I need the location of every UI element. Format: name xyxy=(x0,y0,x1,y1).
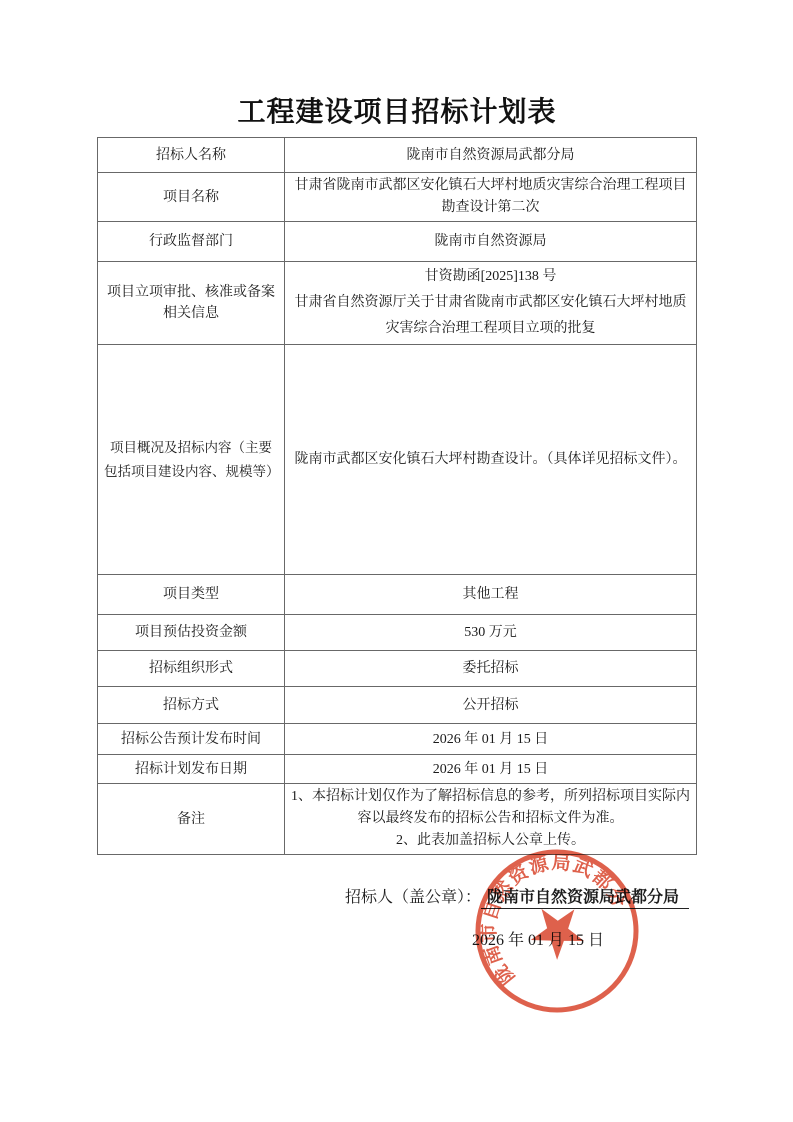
label-line: 包括项目建设内容、规模等） xyxy=(104,460,278,484)
row-label: 招标计划发布日期 xyxy=(98,755,285,784)
official-seal-stamp: 陇南市自然资源局武都分局 xyxy=(472,845,642,1017)
table-row-announcement-date: 招标公告预计发布时间 2026 年 01 月 15 日 xyxy=(98,724,697,755)
value-line: 甘资勘函[2025]138 号 xyxy=(291,264,690,290)
stamp-star-icon xyxy=(520,894,593,966)
row-value: 委托招标 xyxy=(285,651,697,687)
page-title: 工程建设项目招标计划表 xyxy=(97,90,697,130)
table-row-project-type: 项目类型 其他工程 xyxy=(98,575,697,615)
value-line: 1、本招标计划仅作为了解招标信息的参考，所列招标项目实际内 xyxy=(291,786,690,808)
label-line: 相关信息 xyxy=(104,303,278,324)
table-row-plan-publish-date: 招标计划发布日期 2026 年 01 月 15 日 xyxy=(98,755,697,784)
row-value: 530 万元 xyxy=(285,615,697,651)
label-line: 项目立项审批、核准或备案 xyxy=(104,282,278,303)
row-label: 项目类型 xyxy=(98,575,285,615)
tender-plan-table: 招标人名称 陇南市自然资源局武都分局 项目名称 甘肃省陇南市武都区安化镇石大坪村… xyxy=(97,137,697,855)
row-value: 甘肃省陇南市武都区安化镇石大坪村地质灾害综合治理工程项目 勘查设计第二次 xyxy=(285,173,697,222)
table-row-approval-info: 项目立项审批、核准或备案 相关信息 甘资勘函[2025]138 号 甘肃省自然资… xyxy=(98,262,697,345)
table-row-project-name: 项目名称 甘肃省陇南市武都区安化镇石大坪村地质灾害综合治理工程项目 勘查设计第二… xyxy=(98,173,697,222)
table-row-supervision-dept: 行政监督部门 陇南市自然资源局 xyxy=(98,222,697,262)
row-label: 招标方式 xyxy=(98,687,285,724)
value-line: 甘肃省陇南市武都区安化镇石大坪村地质灾害综合治理工程项目 xyxy=(291,175,690,197)
row-label: 项目名称 xyxy=(98,173,285,222)
table-row-remarks: 备注 1、本招标计划仅作为了解招标信息的参考，所列招标项目实际内 容以最终发布的… xyxy=(98,784,697,855)
table-row-project-overview: 项目概况及招标内容（主要 包括项目建设内容、规模等） 陇南市武都区安化镇石大坪村… xyxy=(98,345,697,575)
row-value: 陇南市自然资源局 xyxy=(285,222,697,262)
row-label: 招标公告预计发布时间 xyxy=(98,724,285,755)
table-row-bidding-method: 招标方式 公开招标 xyxy=(98,687,697,724)
row-value: 2026 年 01 月 15 日 xyxy=(285,755,697,784)
table-row-bidder-name: 招标人名称 陇南市自然资源局武都分局 xyxy=(98,138,697,173)
row-label: 行政监督部门 xyxy=(98,222,285,262)
label-line: 项目概况及招标内容（主要 xyxy=(104,436,278,460)
row-value: 陇南市自然资源局武都分局 xyxy=(285,138,697,173)
row-label: 招标人名称 xyxy=(98,138,285,173)
row-value: 其他工程 xyxy=(285,575,697,615)
value-line: 勘查设计第二次 xyxy=(291,197,690,219)
row-label: 项目立项审批、核准或备案 相关信息 xyxy=(98,262,285,345)
row-label: 项目概况及招标内容（主要 包括项目建设内容、规模等） xyxy=(98,345,285,575)
document-page: 工程建设项目招标计划表 招标人名称 陇南市自然资源局武都分局 项目名称 甘肃省陇… xyxy=(0,0,793,1122)
table-row-organization-form: 招标组织形式 委托招标 xyxy=(98,651,697,687)
row-label: 备注 xyxy=(98,784,285,855)
row-value: 甘资勘函[2025]138 号 甘肃省自然资源厅关于甘肃省陇南市武都区安化镇石大… xyxy=(285,262,697,345)
row-label: 项目预估投资金额 xyxy=(98,615,285,651)
row-value: 陇南市武都区安化镇石大坪村勘查设计。（具体详见招标文件）。 xyxy=(285,345,697,575)
row-label: 招标组织形式 xyxy=(98,651,285,687)
table-row-estimated-investment: 项目预估投资金额 530 万元 xyxy=(98,615,697,651)
row-value: 1、本招标计划仅作为了解招标信息的参考，所列招标项目实际内 容以最终发布的招标公… xyxy=(285,784,697,855)
row-value: 公开招标 xyxy=(285,687,697,724)
signer-label: 招标人（盖公章）： xyxy=(345,889,481,906)
value-line: 甘肃省自然资源厅关于甘肃省陇南市武都区安化镇石大坪村地质 xyxy=(291,290,690,316)
value-line: 灾害综合治理工程项目立项的批复 xyxy=(291,316,690,342)
row-value: 2026 年 01 月 15 日 xyxy=(285,724,697,755)
value-line: 容以最终发布的招标公告和招标文件为准。 xyxy=(291,808,690,830)
